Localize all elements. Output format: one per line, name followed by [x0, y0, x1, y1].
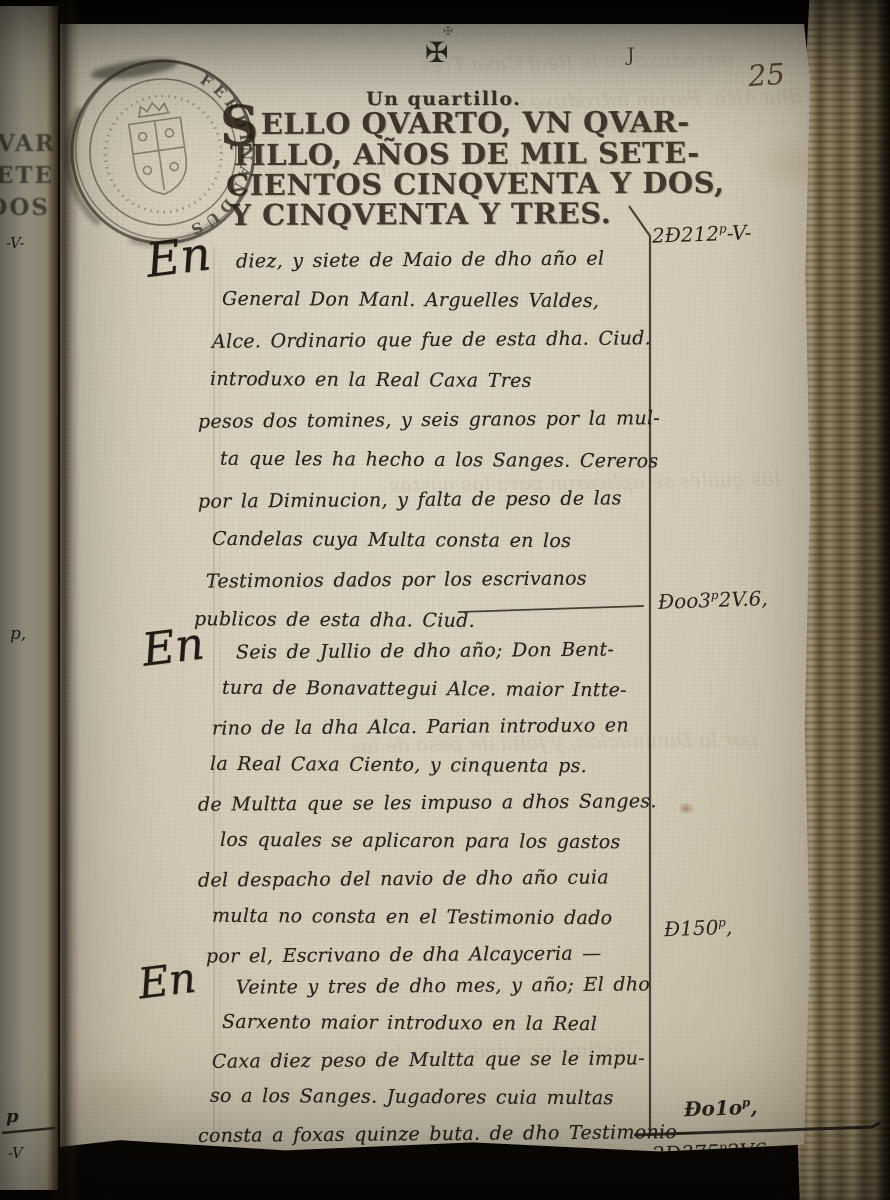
facing-print-fragment: DOS: [0, 194, 50, 221]
manuscript-photo: QVAR SETE DOS -V- p, p -V introduxo en l…: [0, 0, 890, 1200]
manuscript-page: introduxo en la Real Caxa Tres rino de l…: [60, 24, 810, 1156]
manuscript-line: General Don Manl. Arguelles Valdes,: [222, 279, 600, 321]
sello-title: SELLO QVARTO, VN QVAR- TILLO, AÑOS DE MI…: [220, 107, 691, 230]
gathering-mark: J: [627, 44, 635, 66]
folio-number: 25: [747, 57, 786, 93]
facing-print-fragment: SETE: [0, 162, 54, 189]
facing-ink-mark: p,: [10, 624, 26, 644]
royal-stamp: FERDINANDUS: [58, 56, 270, 256]
manuscript-line: la Real Caxa Ciento, y cinquenta ps.: [210, 745, 587, 785]
manuscript-line: rino de la dha Alca. Parian introduxo en: [212, 706, 629, 747]
manuscript-line: ta que les ha hecho a los Sanges. Cerero…: [220, 439, 659, 482]
title-line: Y CINQVENTA Y TRES.: [230, 198, 690, 230]
facing-ink-mark: p: [6, 1106, 19, 1127]
manuscript-line: de Multta que se les impuso a dhos Sange…: [198, 782, 657, 824]
manuscript-line: del despacho del navio de dho año cuia: [198, 858, 609, 899]
facing-print-fragment: QVAR: [0, 130, 56, 157]
entry-initial: En: [135, 953, 198, 1009]
manuscript-line: Veinte y tres de dho mes, y año; El dho: [236, 966, 650, 1006]
facing-ink-mark: -V: [8, 1144, 23, 1162]
manuscript-line: pesos dos tomines, y seis granos por la …: [198, 398, 660, 442]
title-line: CIENTOS CINQVENTA Y DOS,: [226, 168, 690, 200]
book-page-edges: [794, 0, 890, 1200]
manuscript-line: tura de Bonavattegui Alce. maior Intte-: [222, 669, 627, 709]
paper-stain: [678, 802, 694, 815]
facing-page-sliver: QVAR SETE DOS -V- p, p -V: [0, 6, 58, 1190]
manuscript-line: por la Diminucion, y falta de peso de la…: [198, 478, 622, 521]
manuscript-line: multa no consta en el Testimonio dado: [212, 897, 613, 937]
manuscript-line: Alce. Ordinario que fue de esta dha. Ciu…: [212, 318, 651, 361]
manuscript-line: introduxo en la Real Caxa Tres: [210, 359, 532, 401]
manuscript-line: Candelas cuya Multa consta en los: [212, 519, 571, 561]
paper-stain: [50, 1064, 180, 1134]
manuscript-entry: Veinte y tres de dho mes, y año; El dho …: [196, 968, 676, 1153]
manuscript-line: Testimonios dados por los escrivanos: [206, 559, 587, 602]
manuscript-line: Caxa diez peso de Multta que se le impu-: [212, 1040, 645, 1080]
bleedthrough-text: introduxo en la Real Caxa Tres: [420, 47, 734, 76]
manuscript-line: diez, y siete de Maio de dho año el: [236, 239, 605, 282]
maltese-cross-icon: ✠: [425, 36, 448, 69]
facing-ink-mark: -V-: [6, 234, 25, 252]
manuscript-entry: diez, y siete de Maio de dho año el Gene…: [196, 240, 676, 640]
manuscript-line: so a los Sanges. Jugadores cuia multas: [210, 1078, 614, 1117]
manuscript-line: Seis de Jullio de dho año; Don Bent-: [236, 631, 614, 672]
svg-text:FERDINANDUS: FERDINANDUS: [163, 65, 267, 241]
manuscript-line: consta a foxas quinze buta. de dho Testi…: [198, 1114, 697, 1155]
manuscript-entry: Seis de Jullio de dho año; Don Bent- tur…: [196, 632, 676, 974]
manuscript-line: Sarxento maior introduxo en la Real: [222, 1004, 597, 1043]
manuscript-line: los quales se aplicaron para los gastos: [220, 821, 621, 861]
